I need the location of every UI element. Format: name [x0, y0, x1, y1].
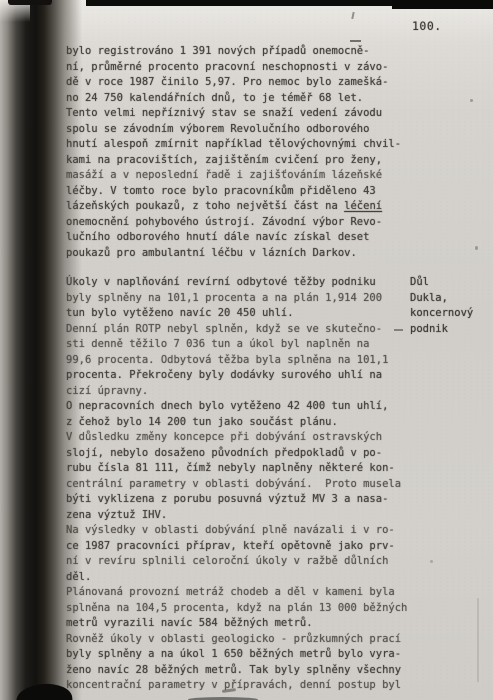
text-segment: lázeňských poukazů, z toho největší část… [66, 200, 344, 212]
text-line: masáží a v neposlední řadě i zajišťování… [66, 168, 426, 184]
text-line: kami na pracovištích, zajištěním cvičení… [66, 153, 426, 169]
text-line: byly splněny a na úkol 1 650 běžných met… [66, 647, 426, 663]
paragraph-sickness-report: bylo registrováno 1 391 nových případů o… [66, 44, 426, 261]
text-line: V důsledku změny koncepce při dobývání o… [66, 430, 426, 446]
text-line: spolu se závodním výborem Revolučního od… [66, 122, 426, 138]
text-line: ženo navíc 28 běžných metrů. Tak byly sp… [66, 663, 426, 679]
text-line: Rovněž úkoly v oblasti geologicko - průz… [66, 632, 426, 648]
text-line: bylo registrováno 1 391 nových případů o… [66, 44, 426, 60]
text-line: tun bylo vytěženo navíc 20 450 uhlí. [66, 306, 426, 322]
text-line: děl. [66, 570, 426, 586]
text-line: no 24 750 kalendářních dnů, to je téměř … [66, 91, 426, 107]
paragraph-mining-results: Úkoly v naplňování revírní odbytové těžb… [66, 275, 426, 694]
text-line: hnutí alespoň zmírnit například tělových… [66, 137, 426, 153]
text-line: Tento velmi nepříznivý stav se snaží ved… [66, 106, 426, 122]
text-line: zena výztuž IHV. [66, 508, 426, 524]
text-line: poukazů pro ambulantní léčbu v lázních D… [66, 246, 426, 262]
paragraph-gap [66, 261, 426, 275]
text-line: léčby. V tomto roce bylo pracovníkům při… [66, 184, 426, 200]
text-line: Plánovaná provozní metráž chodeb a děl v… [66, 585, 426, 601]
document-body: bylo registrováno 1 391 nových případů o… [66, 44, 426, 694]
text-line: onemocnění pohybového ústrojí. Závodní v… [66, 215, 426, 231]
scan-speck [470, 99, 473, 102]
text-line: ce 1987 pracovníci příprav, kteří opětov… [66, 539, 426, 555]
scan-speck [430, 560, 433, 563]
text-line: z čehož bylo 14 200 tun jako součást plá… [66, 415, 426, 431]
text-line: Úkoly v naplňování revírní odbytové těžb… [66, 275, 426, 291]
scan-speck [350, 40, 361, 42]
scan-edge-top-right [392, 0, 493, 9]
text-line: cizí úpravny. [66, 384, 426, 400]
text-line: dě v roce 1987 činilo 5,97. Pro nemoc by… [66, 75, 426, 91]
text-line: býti vyklizena z porubu posuvná výztuž M… [66, 492, 426, 508]
text-line: O nepracovních dnech bylo vytěženo 42 40… [66, 399, 426, 415]
text-line: byly splněny na 101,1 procenta a na plán… [66, 291, 426, 307]
text-line: Na výsledky v oblasti dobývání plně navá… [66, 523, 426, 539]
text-line: koncentrační parametry v přípravách, den… [66, 678, 426, 694]
text-line: ní v revíru splnili celoroční úkoly v ra… [66, 554, 426, 570]
text-line: lučního odborového hnutí dále navíc získ… [66, 230, 426, 246]
scan-fold-line [477, 598, 479, 682]
margin-note-line: podnik [410, 322, 473, 338]
text-line: centrální parametry v oblasti dobývání. … [66, 477, 426, 493]
text-line: splněna na 104,5 procenta, když na plán … [66, 601, 426, 617]
scanned-document-page: 100. bylo registrováno 1 391 nových příp… [0, 0, 493, 700]
text-line: lázeňských poukazů, z toho největší část… [66, 199, 426, 215]
scan-artifact-top-left [8, 0, 52, 5]
scan-speck [475, 246, 478, 250]
text-line: ní, průměrné procento pracovní neschopno… [66, 60, 426, 76]
margin-note-line: koncernový [410, 306, 473, 322]
text-line: rubu čísla 81 111, čímž nebyly naplněny … [66, 461, 426, 477]
margin-note-line: Dukla, [410, 291, 473, 307]
text-line: procenta. Překročeny byly dodávky surové… [66, 368, 426, 384]
margin-note-line: Důl [410, 275, 473, 291]
underlined-word: léčení [344, 200, 382, 212]
page-number: 100. [412, 19, 442, 33]
scan-speck [351, 12, 354, 19]
text-line: sti denně těžilo 7 036 tun a úkol byl na… [66, 337, 426, 353]
text-line: slojí, nebylo dosaženo původních předpok… [66, 446, 426, 462]
margin-note-dul-dukla: Důl Dukla, koncernový podnik [410, 275, 473, 337]
text-line: metrů vyrazili navíc 584 běžných metrů. [66, 616, 426, 632]
text-line: 99,6 procenta. Odbytová těžba byla splně… [66, 353, 426, 369]
text-line: Denní plán ROTP nebyl splněn, když se ve… [66, 322, 426, 338]
